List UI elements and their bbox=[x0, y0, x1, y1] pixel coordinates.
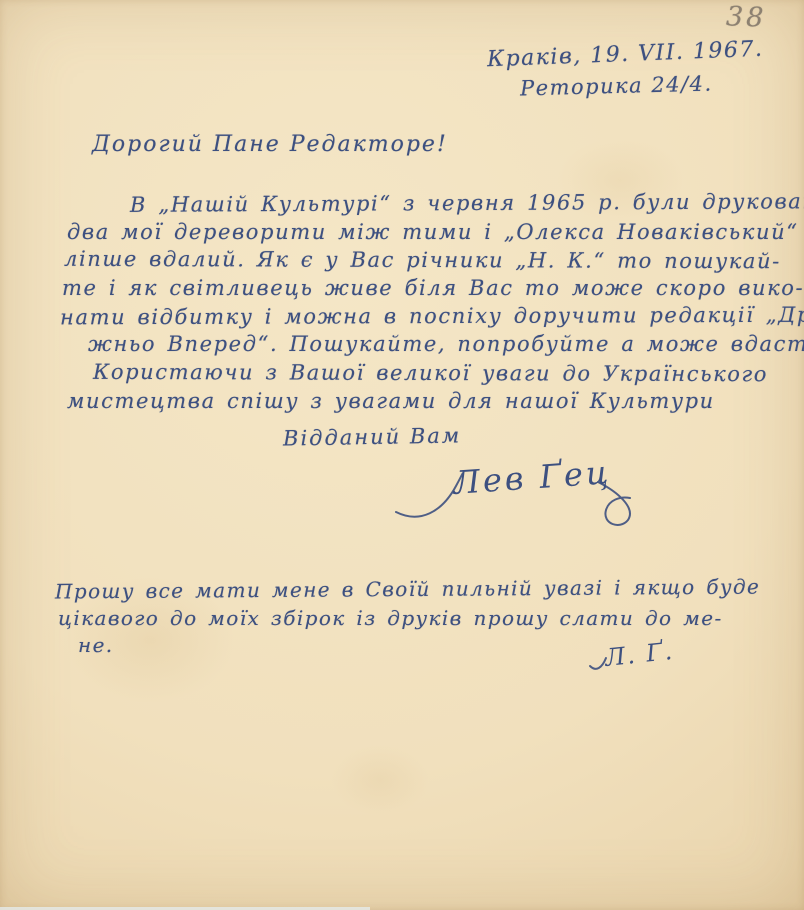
body-line: те і як світливець живе біля Вас то може… bbox=[62, 276, 804, 300]
body-line: жньо Вперед“. Пошукайте, попробуйте а мо… bbox=[88, 332, 804, 356]
letter-page: 38 Краків, 19. VII. 1967. Реторика 24/4.… bbox=[0, 0, 804, 910]
signature-flourish: Лев Ґец bbox=[392, 446, 662, 536]
body-line: ліпше вдалий. Як є у Вас річники „Н. К.“… bbox=[64, 247, 781, 274]
page-number: 38 bbox=[725, 1, 766, 33]
body-line: нати відбитку і можна в поспіху доручити… bbox=[60, 303, 804, 330]
address-line: Реторика 24/4. bbox=[520, 71, 713, 100]
signature: Лев Ґец bbox=[392, 446, 662, 536]
postscript-line: Прошу все мати мене в Своїй пильній уваз… bbox=[55, 575, 760, 604]
initials-text: Л. Ґ. bbox=[603, 637, 676, 672]
salutation: Дорогий Пане Редакторе! bbox=[92, 132, 448, 157]
dateline: Краків, 19. VII. 1967. bbox=[487, 37, 764, 73]
signature-text: Лев Ґец bbox=[450, 453, 612, 502]
body-line: В „Нашій Культурі“ з червня 1965 р. були… bbox=[130, 189, 804, 217]
body-line: мистецтва спішу з увагами для нашої Куль… bbox=[67, 389, 715, 413]
postscript-line: не. bbox=[78, 633, 114, 657]
body-line: два мої дереворити між тими і „Олекса Но… bbox=[67, 220, 799, 244]
initials: Л. Ґ. bbox=[588, 636, 678, 684]
body-line: Користаючи з Вашої великої уваги до Укра… bbox=[93, 360, 768, 386]
initials-flourish: Л. Ґ. bbox=[588, 636, 678, 684]
postscript-line: цікавого до моїх збірок із друків прошу … bbox=[58, 606, 723, 630]
